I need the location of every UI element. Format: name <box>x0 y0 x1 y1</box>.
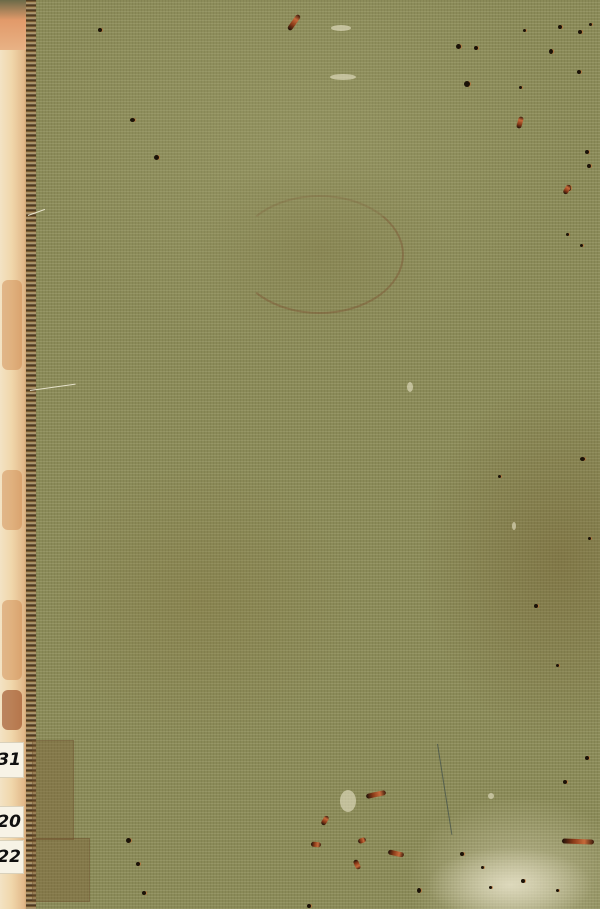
pen-mark <box>437 744 452 835</box>
frayed-thread <box>30 384 76 391</box>
worm-hole <box>417 888 421 893</box>
worm-hole <box>580 244 583 247</box>
spine-stain <box>2 690 22 730</box>
shelf-label-20: 20 <box>0 806 24 838</box>
worm-hole <box>498 475 501 478</box>
worm-hole <box>585 150 589 154</box>
scuff-mark <box>331 25 351 31</box>
worm-hole <box>474 46 478 50</box>
spine-stain <box>2 470 22 530</box>
worm-hole <box>521 879 525 883</box>
worm-hole <box>519 86 522 89</box>
label-residue-patch <box>32 838 90 902</box>
worm-track <box>353 859 362 870</box>
worm-hole <box>577 70 581 74</box>
worm-track <box>516 116 524 129</box>
worm-hole <box>489 886 492 889</box>
spine-top-wear <box>0 0 28 50</box>
worm-hole <box>563 780 567 784</box>
scuff-mark <box>488 793 494 799</box>
worm-hole <box>307 904 311 908</box>
shelf-label-text: 20 <box>0 812 21 832</box>
bottom-corner-wear <box>400 840 600 909</box>
worm-hole <box>98 28 102 32</box>
worm-hole <box>464 81 470 87</box>
worm-hole <box>523 29 526 32</box>
worm-hole <box>456 44 461 49</box>
worm-track <box>311 842 321 848</box>
worm-hole <box>578 30 582 34</box>
worm-track <box>320 815 329 826</box>
worm-hole <box>580 457 585 461</box>
shelf-label-text: 131 <box>0 750 21 770</box>
worm-hole <box>154 155 159 160</box>
faded-stamp-ring <box>235 195 404 314</box>
shelf-label-text: 22 <box>0 847 21 867</box>
worm-track <box>366 790 387 799</box>
worm-hole <box>558 25 562 29</box>
worm-hole <box>534 604 538 608</box>
worm-hole <box>556 889 559 892</box>
worm-hole <box>585 756 589 760</box>
worm-hole <box>460 852 464 856</box>
spine-stain <box>2 600 22 680</box>
scuff-mark <box>340 790 356 812</box>
worm-hole <box>481 866 484 869</box>
worm-hole <box>136 862 140 866</box>
book-cover: 131 20 22 <box>0 0 600 909</box>
worm-hole <box>589 23 592 26</box>
worm-hole <box>556 664 559 667</box>
worm-hole <box>130 118 135 122</box>
worm-hole <box>549 49 553 54</box>
scuff-mark <box>512 522 516 530</box>
shelf-label-131: 131 <box>0 742 24 778</box>
worm-hole <box>588 537 591 540</box>
worm-hole <box>587 164 591 168</box>
spine-stain <box>2 280 22 370</box>
worm-hole <box>566 233 569 236</box>
worm-track <box>287 14 301 32</box>
worm-track <box>562 838 594 844</box>
worm-hole <box>126 838 131 843</box>
label-residue-patch <box>32 740 74 840</box>
shelf-label-22: 22 <box>0 840 24 874</box>
scuff-mark <box>407 382 413 392</box>
scuff-mark <box>330 74 356 80</box>
worm-hole <box>142 891 146 895</box>
worm-track <box>357 837 366 844</box>
